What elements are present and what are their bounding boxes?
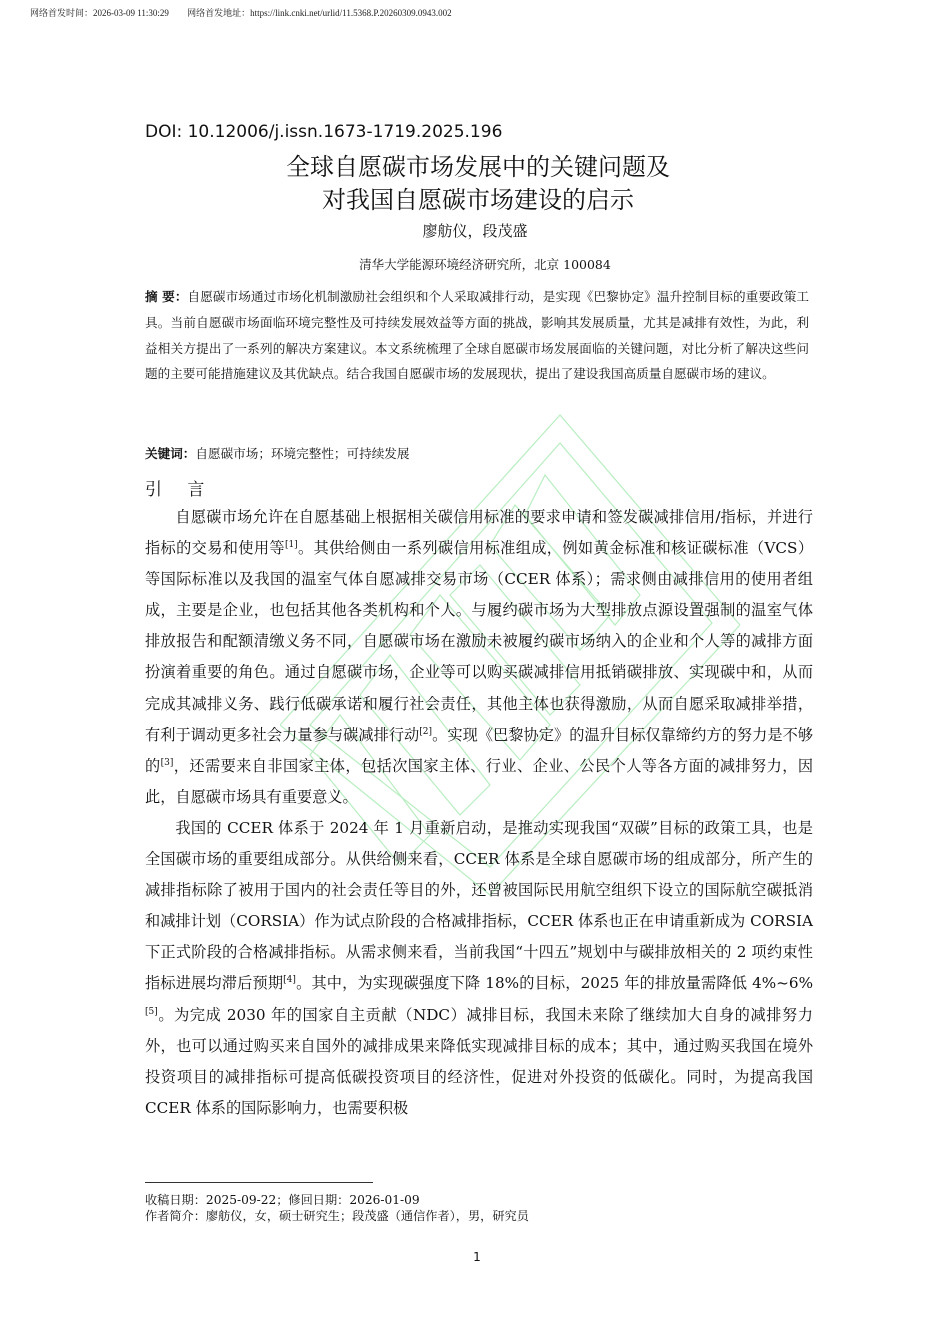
received-revised-dates: 收稿日期：2025-09-22；修回日期：2026-01-09: [145, 1192, 529, 1208]
abstract-label: 摘 要：: [145, 289, 188, 304]
citation-ref[interactable]: [3]: [161, 758, 174, 768]
citation-ref[interactable]: [2]: [419, 727, 432, 737]
citation-ref[interactable]: [4]: [283, 975, 296, 985]
publish-url[interactable]: 网络首发地址：https://link.cnki.net/urlid/11.53…: [187, 8, 451, 18]
publish-time: 网络首发时间：2026-03-09 11:30:29: [30, 8, 169, 18]
paper-title-line-2: 对我国自愿碳市场建设的启示: [3, 180, 950, 215]
keywords: 关键词：自愿碳市场；环境完整性；可持续发展: [145, 443, 409, 462]
paragraph-2: 我国的 CCER 体系于 2024 年 1 月重新启动，是推动实现我国“双碳”目…: [145, 813, 813, 1124]
page-number: 1: [0, 1250, 950, 1264]
author-bio: 作者简介：廖舫仪，女，硕士研究生；段茂盛（通信作者），男，研究员: [145, 1208, 529, 1224]
doi: DOI: 10.12006/j.issn.1673-1719.2025.196: [145, 122, 502, 142]
paper-title-line-1: 全球自愿碳市场发展中的关键问题及: [3, 147, 950, 182]
keywords-label: 关键词：: [145, 446, 195, 461]
footnotes: 收稿日期：2025-09-22；修回日期：2026-01-09 作者简介：廖舫仪…: [145, 1192, 529, 1224]
keywords-text: 自愿碳市场；环境完整性；可持续发展: [195, 446, 409, 461]
citation-ref[interactable]: [1]: [285, 540, 298, 550]
affiliation: 清华大学能源环境经济研究所，北京 100084: [170, 255, 800, 273]
body-text: 自愿碳市场允许在自愿基础上根据相关碳信用标准的要求申请和签发碳减排信用/指标，并…: [145, 502, 813, 1124]
authors: 廖舫仪，段茂盛: [0, 220, 950, 241]
online-publication-header: 网络首发时间：2026-03-09 11:30:29 网络首发地址：https:…: [30, 6, 468, 19]
section-heading-introduction: 引 言: [145, 475, 214, 500]
abstract-text: 自愿碳市场通过市场化机制激励社会组织和个人采取减排行动，是实现《巴黎协定》温升控…: [145, 289, 809, 381]
abstract: 摘 要：自愿碳市场通过市场化机制激励社会组织和个人采取减排行动，是实现《巴黎协定…: [145, 284, 809, 387]
citation-ref[interactable]: [5]: [145, 1006, 158, 1016]
paragraph-1: 自愿碳市场允许在自愿基础上根据相关碳信用标准的要求申请和签发碳减排信用/指标，并…: [145, 502, 813, 813]
footnote-divider: [145, 1182, 373, 1183]
